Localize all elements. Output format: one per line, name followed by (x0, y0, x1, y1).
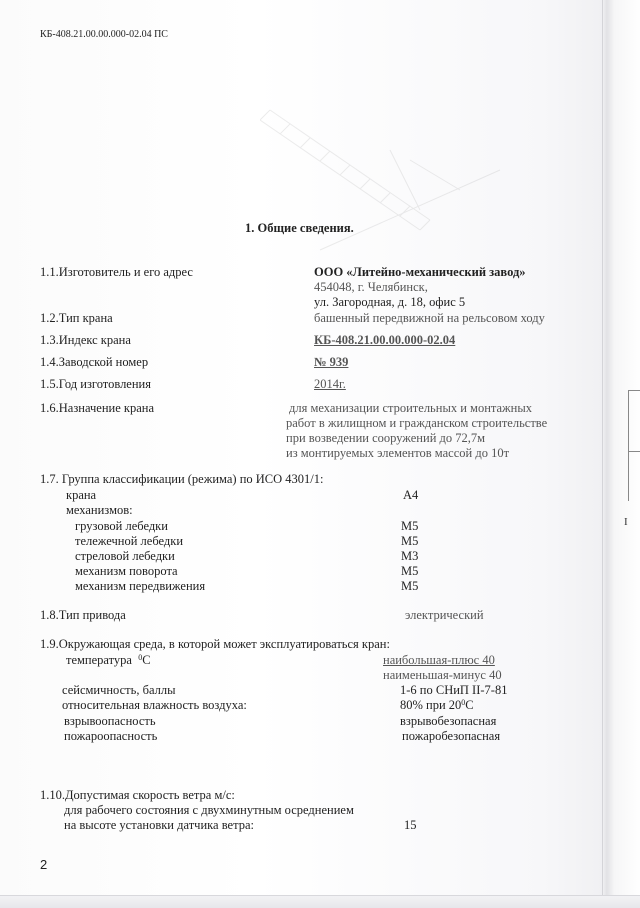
degree-sup: 0 (461, 698, 465, 707)
section-title: 1. Общие сведения. (245, 221, 354, 236)
temperature-unit: С (142, 653, 150, 667)
mechanism-label: механизм поворота (75, 564, 178, 579)
temperature-min: наименьшая-минус 40 (383, 668, 502, 683)
explosion-value: взрывобезопасная (400, 714, 496, 729)
scan-edge-glyph: I (624, 515, 628, 530)
document-code-header: КБ-408.21.00.00.000-02.04 ПС (40, 27, 168, 42)
item-1-3-label: 1.3.Индекс крана (40, 333, 131, 348)
mechanism-value: М3 (401, 549, 418, 564)
wind-condition-line-1: для рабочего состояния с двухминутным ос… (64, 803, 354, 818)
manufacturer-city: 454048, г. Челябинск, (314, 280, 428, 295)
item-1-5-label: 1.5.Год изготовления (40, 377, 151, 392)
purpose-line-2: работ в жилищном и гражданском строитель… (286, 416, 547, 431)
mechanisms-label: механизмов: (66, 503, 133, 518)
page-number: 2 (40, 857, 47, 872)
crane-type-value: башенный передвижной на рельсовом ходу (314, 311, 545, 326)
mechanism-label: стреловой лебедки (75, 549, 175, 564)
fire-label: пожароопасность (64, 729, 157, 744)
scan-edge-marks (628, 390, 640, 501)
purpose-line-3: при возведении сооружений до 72,7м (286, 431, 485, 446)
item-1-10-label: 1.10.Допустимая скорость ветра м/с: (40, 788, 235, 803)
mechanism-value: М5 (401, 534, 418, 549)
mechanism-value: М5 (401, 579, 418, 594)
scan-bottom-edge (0, 895, 640, 908)
serial-number-value: № 939 (314, 355, 348, 370)
purpose-line-1: для механизации строительных и монтажных (289, 401, 532, 416)
temperature-label: температура 0С (66, 653, 151, 668)
humidity-unit: С (465, 698, 473, 712)
seismic-label: сейсмичность, баллы (62, 683, 175, 698)
item-1-9-label: 1.9.Окружающая среда, в которой может эк… (40, 637, 390, 652)
crane-index-value: КБ-408.21.00.00.000-02.04 (314, 333, 455, 348)
humidity-value: 80% при 200С (400, 698, 474, 713)
humidity-value-text: 80% при 20 (400, 698, 461, 712)
drive-type-value: электрический (405, 608, 484, 623)
mechanism-value: М5 (401, 519, 418, 534)
item-1-1-label: 1.1.Изготовитель и его адрес (40, 265, 193, 280)
mechanism-value: М5 (401, 564, 418, 579)
fire-value: пожаробезопасная (402, 729, 500, 744)
item-1-6-label: 1.6.Назначение крана (40, 401, 154, 416)
item-1-4-label: 1.4.Заводской номер (40, 355, 148, 370)
purpose-line-4: из монтируемых элементов массой до 10т (286, 446, 509, 461)
explosion-label: взрывоопасность (64, 714, 156, 729)
mechanism-label: грузовой лебедки (75, 519, 168, 534)
humidity-label: относительная влажность воздуха: (62, 698, 247, 713)
crane-group-value: А4 (403, 488, 418, 503)
mechanism-label: тележечной лебедки (75, 534, 183, 549)
temperature-label-text: температура (66, 653, 132, 667)
temperature-max: наибольшая-плюс 40 (383, 653, 495, 668)
wind-speed-value: 15 (404, 818, 417, 833)
item-1-8-label: 1.8.Тип привода (40, 608, 126, 623)
wind-condition-line-2: на высоте установки датчика ветра: (64, 818, 254, 833)
crane-group-label: крана (66, 488, 96, 503)
degree-sup: 0 (138, 653, 142, 662)
mechanism-label: механизм передвижения (75, 579, 205, 594)
manufacturer-street: ул. Загородная, д. 18, офис 5 (314, 295, 465, 310)
manufacture-year-value: 2014г. (314, 377, 346, 392)
seismic-value: 1-6 по СНиП II-7-81 (400, 683, 507, 698)
manufacturer-name: ООО «Литейно-механический завод» (314, 265, 526, 280)
crane-watermark-graphic (260, 100, 540, 280)
item-1-7-label: 1.7. Группа классификации (режима) по ИС… (40, 472, 323, 487)
item-1-2-label: 1.2.Тип крана (40, 311, 113, 326)
